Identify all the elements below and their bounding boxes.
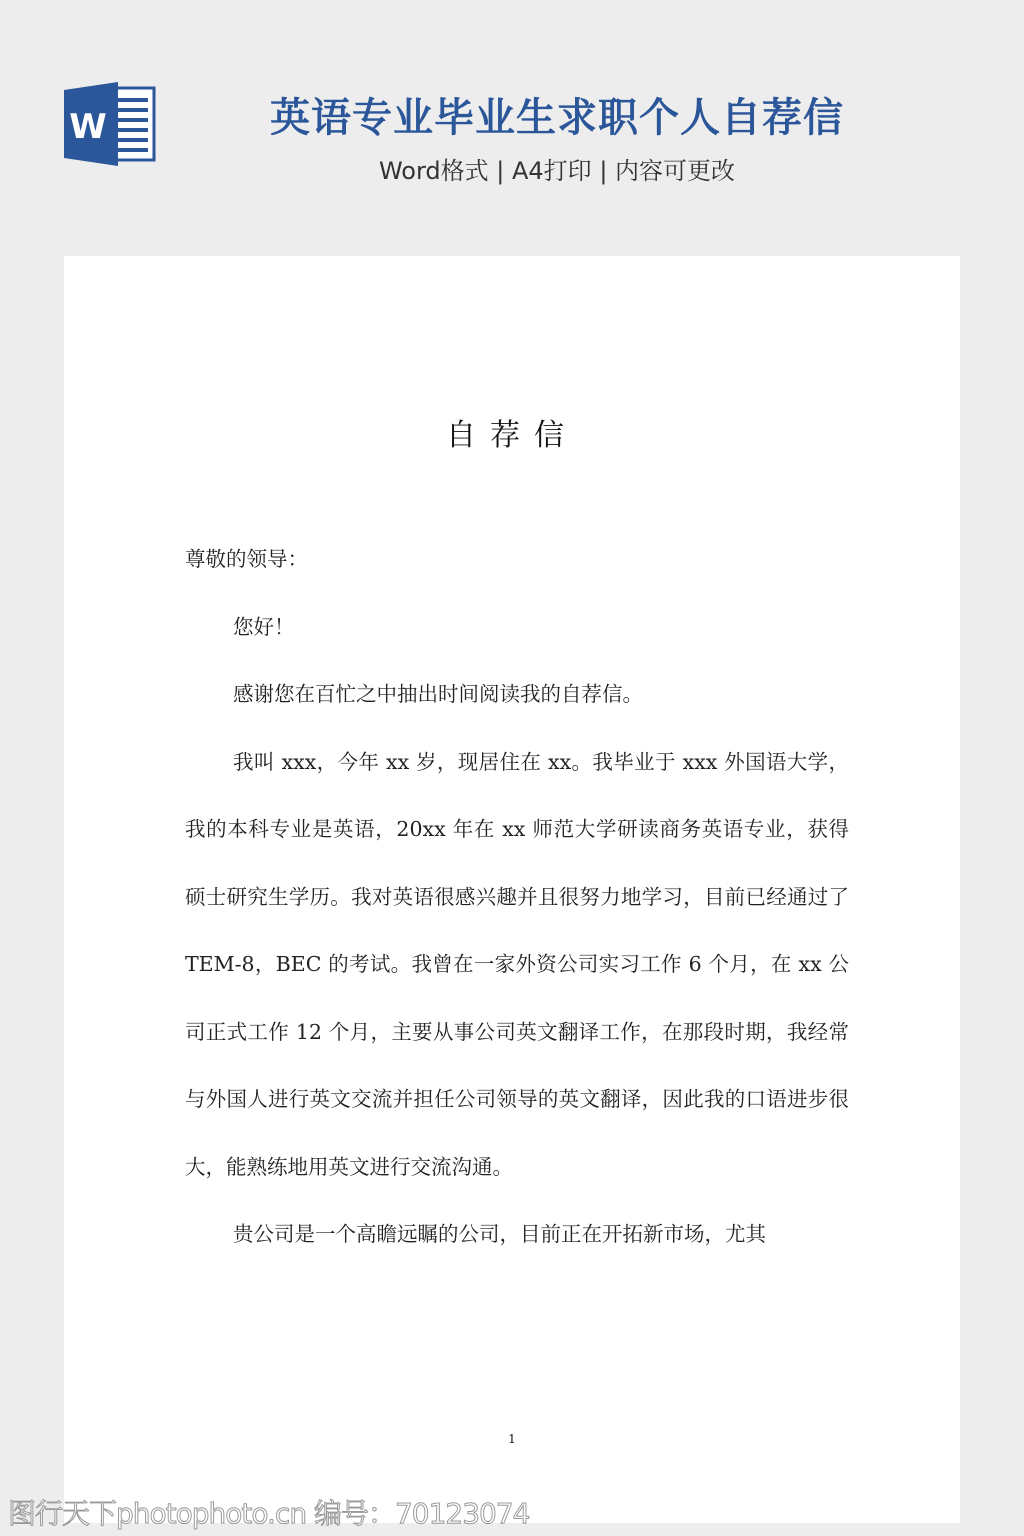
page-number: 1 — [64, 1432, 960, 1446]
paragraph: 我叫 xxx，今年 xx 岁，现居住在 xx。我毕业于 xxx 外国语大学，我的… — [185, 729, 849, 1202]
paragraph: 您好！ — [185, 594, 849, 662]
salutation: 尊敬的领导： — [185, 526, 849, 594]
document-body: 尊敬的领导： 您好！ 感谢您在百忙之中抽出时间阅读我的自荐信。 我叫 xxx，今… — [185, 526, 849, 1269]
watermark: 图行天下photophoto.cn 编号：70123074 — [8, 1492, 530, 1532]
header-subtitle: Word格式 | A4打印 | 内容可更改 — [200, 154, 914, 188]
svg-text:W: W — [69, 107, 107, 147]
word-document-icon: W — [64, 80, 156, 166]
header: W 英语专业毕业生求职个人自荐信 Word格式 | A4打印 | 内容可更改 — [0, 0, 1024, 256]
document-title: 自荐信 — [64, 414, 960, 458]
header-title: 英语专业毕业生求职个人自荐信 — [200, 92, 914, 144]
document-page: 自荐信 尊敬的领导： 您好！ 感谢您在百忙之中抽出时间阅读我的自荐信。 我叫 x… — [64, 256, 960, 1523]
paragraph: 贵公司是一个高瞻远瞩的公司，目前正在开拓新市场，尤其 — [185, 1201, 849, 1269]
paragraph: 感谢您在百忙之中抽出时间阅读我的自荐信。 — [185, 661, 849, 729]
